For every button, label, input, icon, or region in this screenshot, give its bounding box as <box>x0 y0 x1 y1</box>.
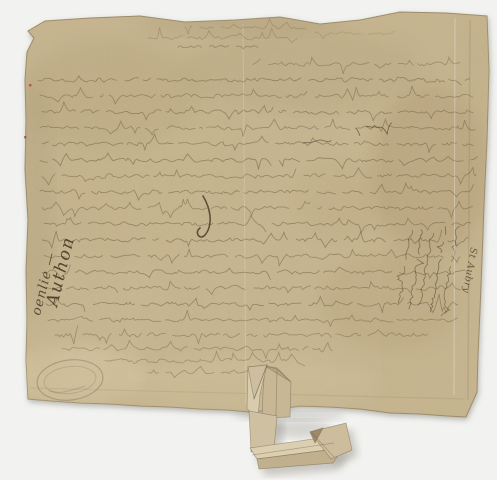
parchment-sheet: Authon oenlie — St Aubry <box>5 0 497 423</box>
texture-grain <box>20 8 495 423</box>
photo-frame: Authon oenlie — St Aubry <box>0 0 497 480</box>
red-fleck <box>29 84 32 87</box>
parchment-texture <box>20 8 495 423</box>
manuscript-photograph: Authon oenlie — St Aubry <box>0 0 497 480</box>
red-fleck <box>24 136 27 139</box>
